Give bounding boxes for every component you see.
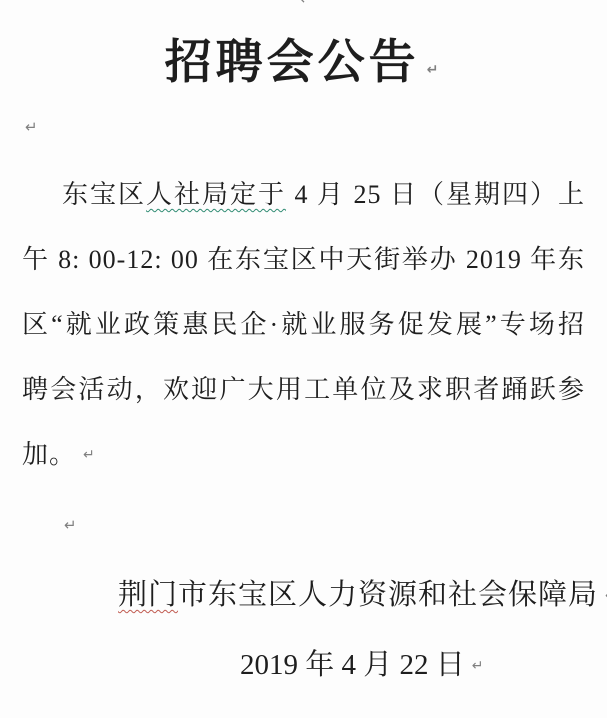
signature-line: 荆门市东宝区人力资源和社会保障局↵ bbox=[118, 577, 607, 613]
body-line: 午 8: 00-12: 00 在东宝区中天街举办 2019 年东宝 bbox=[22, 240, 585, 284]
body-line: 东宝区人社局定于 4 月 25 日（星期四）上 bbox=[22, 175, 585, 219]
body-text: 东宝区 bbox=[62, 180, 146, 209]
body-line: 区“就业政策惠民企·就业服务促发展”专场招 bbox=[22, 305, 585, 349]
body-line: 聘会活动，欢迎广大用工单位及求职者踊跃参 bbox=[22, 370, 585, 414]
paragraph-mark-icon: ↵ bbox=[83, 447, 96, 463]
spellcheck-flagged-text: 荆门 bbox=[118, 579, 178, 611]
paragraph-mark-icon: ↵ bbox=[427, 62, 443, 78]
signature-text: 市东宝区人力资源和社会保障局 bbox=[178, 579, 598, 611]
paragraph-mark-icon: ↵ bbox=[300, 0, 313, 7]
body-text: 加。 bbox=[22, 440, 76, 469]
paragraph-mark-icon: ↵ bbox=[64, 518, 77, 533]
spellcheck-flagged-text: 人社局定于 bbox=[146, 180, 286, 209]
body-line: 加。↵ bbox=[22, 435, 585, 479]
date-text: 2019 年 4 月 22 日 bbox=[240, 649, 465, 681]
page-title: 招聘会公告↵ bbox=[0, 30, 607, 94]
paragraph-mark-icon: ↵ bbox=[25, 120, 38, 135]
title-text: 招聘会公告 bbox=[165, 35, 420, 88]
body-text: 4 月 25 日（星期四）上 bbox=[286, 180, 585, 209]
date-line: 2019 年 4 月 22 日↵ bbox=[240, 647, 484, 683]
paragraph-mark-icon: ↵ bbox=[472, 658, 484, 674]
document-page: ↵ 招聘会公告↵ ↵ 东宝区人社局定于 4 月 25 日（星期四）上 午 8: … bbox=[0, 0, 607, 718]
